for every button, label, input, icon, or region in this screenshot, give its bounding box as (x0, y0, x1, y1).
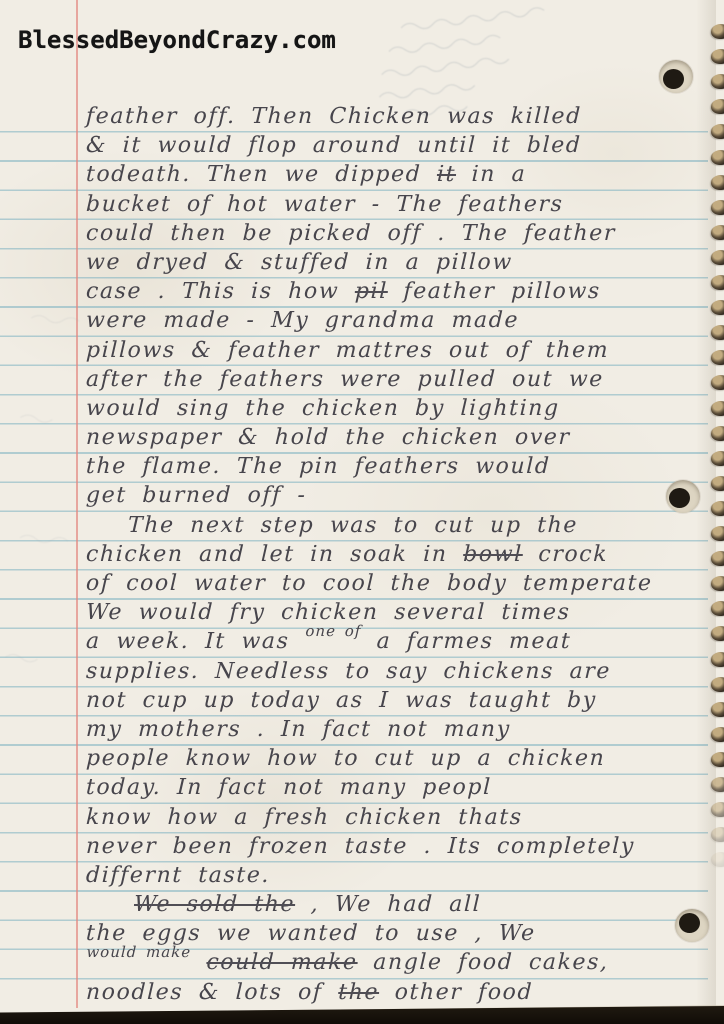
handwriting-line: after the feathers were pulled out we (85, 365, 714, 394)
handwriting-line: the flame. The pin feathers would (85, 452, 714, 481)
handwriting-text: could then be picked off . The feather (86, 221, 617, 246)
handwriting-line: todeath. Then we dipped it in a (85, 160, 714, 189)
handwriting-line: would make could make angle food cakes, (85, 948, 714, 977)
spiral-coil (711, 401, 724, 416)
spiral-coil (711, 426, 724, 441)
handwriting-text: chicken and let in soak in (86, 542, 464, 567)
handwriting-text: today. In fact not many peopl (86, 775, 493, 800)
handwriting-line: pillows & feather mattres out of them (85, 336, 714, 365)
spiral-coil (711, 24, 724, 39)
handwriting-line: were made - My grandma made (85, 306, 714, 335)
spiral-coil (711, 175, 724, 190)
spiral-coil (711, 626, 724, 641)
handwriting-text: never been frozen taste . Its completely (86, 834, 636, 859)
spiral-coil (711, 300, 724, 315)
spiral-coil (711, 74, 724, 89)
handwriting-text: newspaper & hold the chicken over (86, 425, 571, 450)
handwriting-line: bucket of hot water - The feathers (85, 190, 714, 219)
punched-hole-shadow (669, 488, 690, 508)
handwriting-text: the flame. The pin feathers would (86, 454, 551, 479)
spiral-coil (711, 777, 724, 792)
handwriting-text: bucket of hot water - The feathers (86, 192, 564, 217)
spiral-coil (711, 225, 724, 240)
handwriting-text: other food (379, 980, 534, 1005)
struck-word: bowl (463, 542, 523, 567)
handwriting-text: a week. It was (86, 629, 306, 654)
spiral-coil (711, 526, 724, 541)
spiral-coil (711, 702, 724, 717)
handwriting-line: chicken and let in soak in bowl crock (85, 540, 714, 569)
handwriting-line: noodles & lots of the other food (85, 978, 714, 1007)
handwriting-text: pillows & feather mattres out of them (86, 338, 610, 363)
struck-word: could make (206, 950, 358, 975)
spiral-coil (711, 551, 724, 566)
spiral-coil (711, 827, 724, 842)
spiral-coil (711, 652, 724, 667)
red-margin-line (76, 0, 78, 1008)
handwriting-text: in a (456, 162, 527, 187)
site-watermark: BlessedBeyondCrazy.com (18, 26, 336, 54)
handwriting-text: noodles & lots of (86, 980, 339, 1005)
handwriting-text: a farmes meat (361, 629, 572, 654)
spiral-coil (711, 476, 724, 491)
handwriting-text: supplies. Needless to say chickens are (86, 659, 612, 684)
handwriting-line: a week. It was one of a farmes meat (85, 627, 714, 656)
handwriting-line: supplies. Needless to say chickens are (85, 657, 714, 686)
handwriting-line: get burned off - (85, 481, 714, 510)
punched-hole (675, 909, 709, 942)
spiral-coil (711, 350, 724, 365)
spiral-coil (711, 99, 724, 114)
punched-hole-shadow (679, 913, 700, 933)
handwritten-text: feather off. Then Chicken was killed& it… (86, 102, 714, 1014)
punched-hole (666, 480, 700, 513)
spiral-coil (711, 150, 724, 165)
handwriting-line: feather off. Then Chicken was killed (85, 102, 714, 131)
handwriting-line: not cup up today as I was taught by (85, 686, 714, 715)
handwriting-text: & it would flop around until it bled (86, 133, 582, 158)
spiral-coil (711, 275, 724, 290)
spiral-coil (711, 200, 724, 215)
handwriting-line: of cool water to cool the body temperate (85, 569, 714, 598)
handwriting-text: get burned off - (86, 483, 307, 508)
handwriting-text: todeath. Then we dipped (86, 162, 438, 187)
struck-word: We sold the (134, 892, 296, 917)
spiral-coil (711, 501, 724, 516)
handwriting-line: The next step was to cut up the (85, 511, 714, 540)
handwriting-line: my mothers . In fact not many (85, 715, 714, 744)
notebook-page: BlessedBeyondCrazy.com feather off. Then… (0, 0, 724, 1024)
handwriting-text: differnt taste. (86, 863, 271, 888)
handwriting-text: The next step was to cut up the (128, 513, 579, 538)
handwriting-text: not cup up today as I was taught by (86, 688, 598, 713)
handwriting-text: case . This is how (86, 279, 356, 304)
spiral-coil (711, 601, 724, 616)
spiral-coil (711, 124, 724, 139)
spiral-coil (711, 677, 724, 692)
handwriting-line: never been frozen taste . Its completely (85, 832, 714, 861)
handwriting-line: could then be picked off . The feather (85, 219, 714, 248)
handwriting-line: today. In fact not many peopl (85, 773, 714, 802)
punched-hole (659, 60, 693, 93)
spiral-coil (711, 576, 724, 591)
inserted-word: would make (86, 938, 192, 967)
handwriting-text: we dryed & stuffed in a pillow (86, 250, 514, 275)
handwriting-line: & it would flop around until it bled (85, 131, 714, 160)
struck-word: the (338, 980, 380, 1005)
handwriting-line: know how a fresh chicken thats (85, 803, 714, 832)
handwriting-line: We would fry chicken several times (85, 598, 714, 627)
handwriting-line: we dryed & stuffed in a pillow (85, 248, 714, 277)
spiral-coil (711, 325, 724, 340)
spiral-coil (711, 375, 724, 390)
handwriting-line: people know how to cut up a chicken (85, 744, 714, 773)
handwriting-line: newspaper & hold the chicken over (85, 423, 714, 452)
handwriting-text: crock (522, 542, 608, 567)
spiral-coil (711, 727, 724, 742)
struck-word: it (437, 162, 457, 187)
handwriting-text: feather pillows (387, 279, 601, 304)
handwriting-text: would sing the chicken by lighting (86, 396, 561, 421)
handwriting-text: after the feathers were pulled out we (86, 367, 605, 392)
spiral-coil (711, 852, 724, 867)
spiral-coil (711, 802, 724, 817)
spiral-coil (711, 49, 724, 64)
handwriting-text (190, 950, 206, 975)
handwriting-text: know how a fresh chicken thats (86, 805, 524, 830)
handwriting-text: were made - My grandma made (86, 308, 520, 333)
handwriting-text: , We had all (295, 892, 482, 917)
inserted-word: one of (305, 617, 362, 646)
handwriting-text: feather off. Then Chicken was killed (86, 104, 583, 129)
struck-word: pil (354, 279, 388, 304)
spiral-coil (711, 451, 724, 466)
handwriting-text: angle food cakes, (357, 950, 609, 975)
handwriting-text: of cool water to cool the body temperate (86, 571, 654, 596)
handwriting-text: my mothers . In fact not many (86, 717, 512, 742)
handwriting-line: We sold the , We had all (85, 890, 714, 919)
spiral-coil (711, 250, 724, 265)
handwriting-line: differnt taste. (85, 861, 714, 890)
punched-hole-shadow (663, 69, 684, 89)
handwriting-line: would sing the chicken by lighting (85, 394, 714, 423)
spiral-coil (711, 752, 724, 767)
handwriting-line: case . This is how pil feather pillows (85, 277, 714, 306)
handwriting-text: people know how to cut up a chicken (86, 746, 606, 771)
